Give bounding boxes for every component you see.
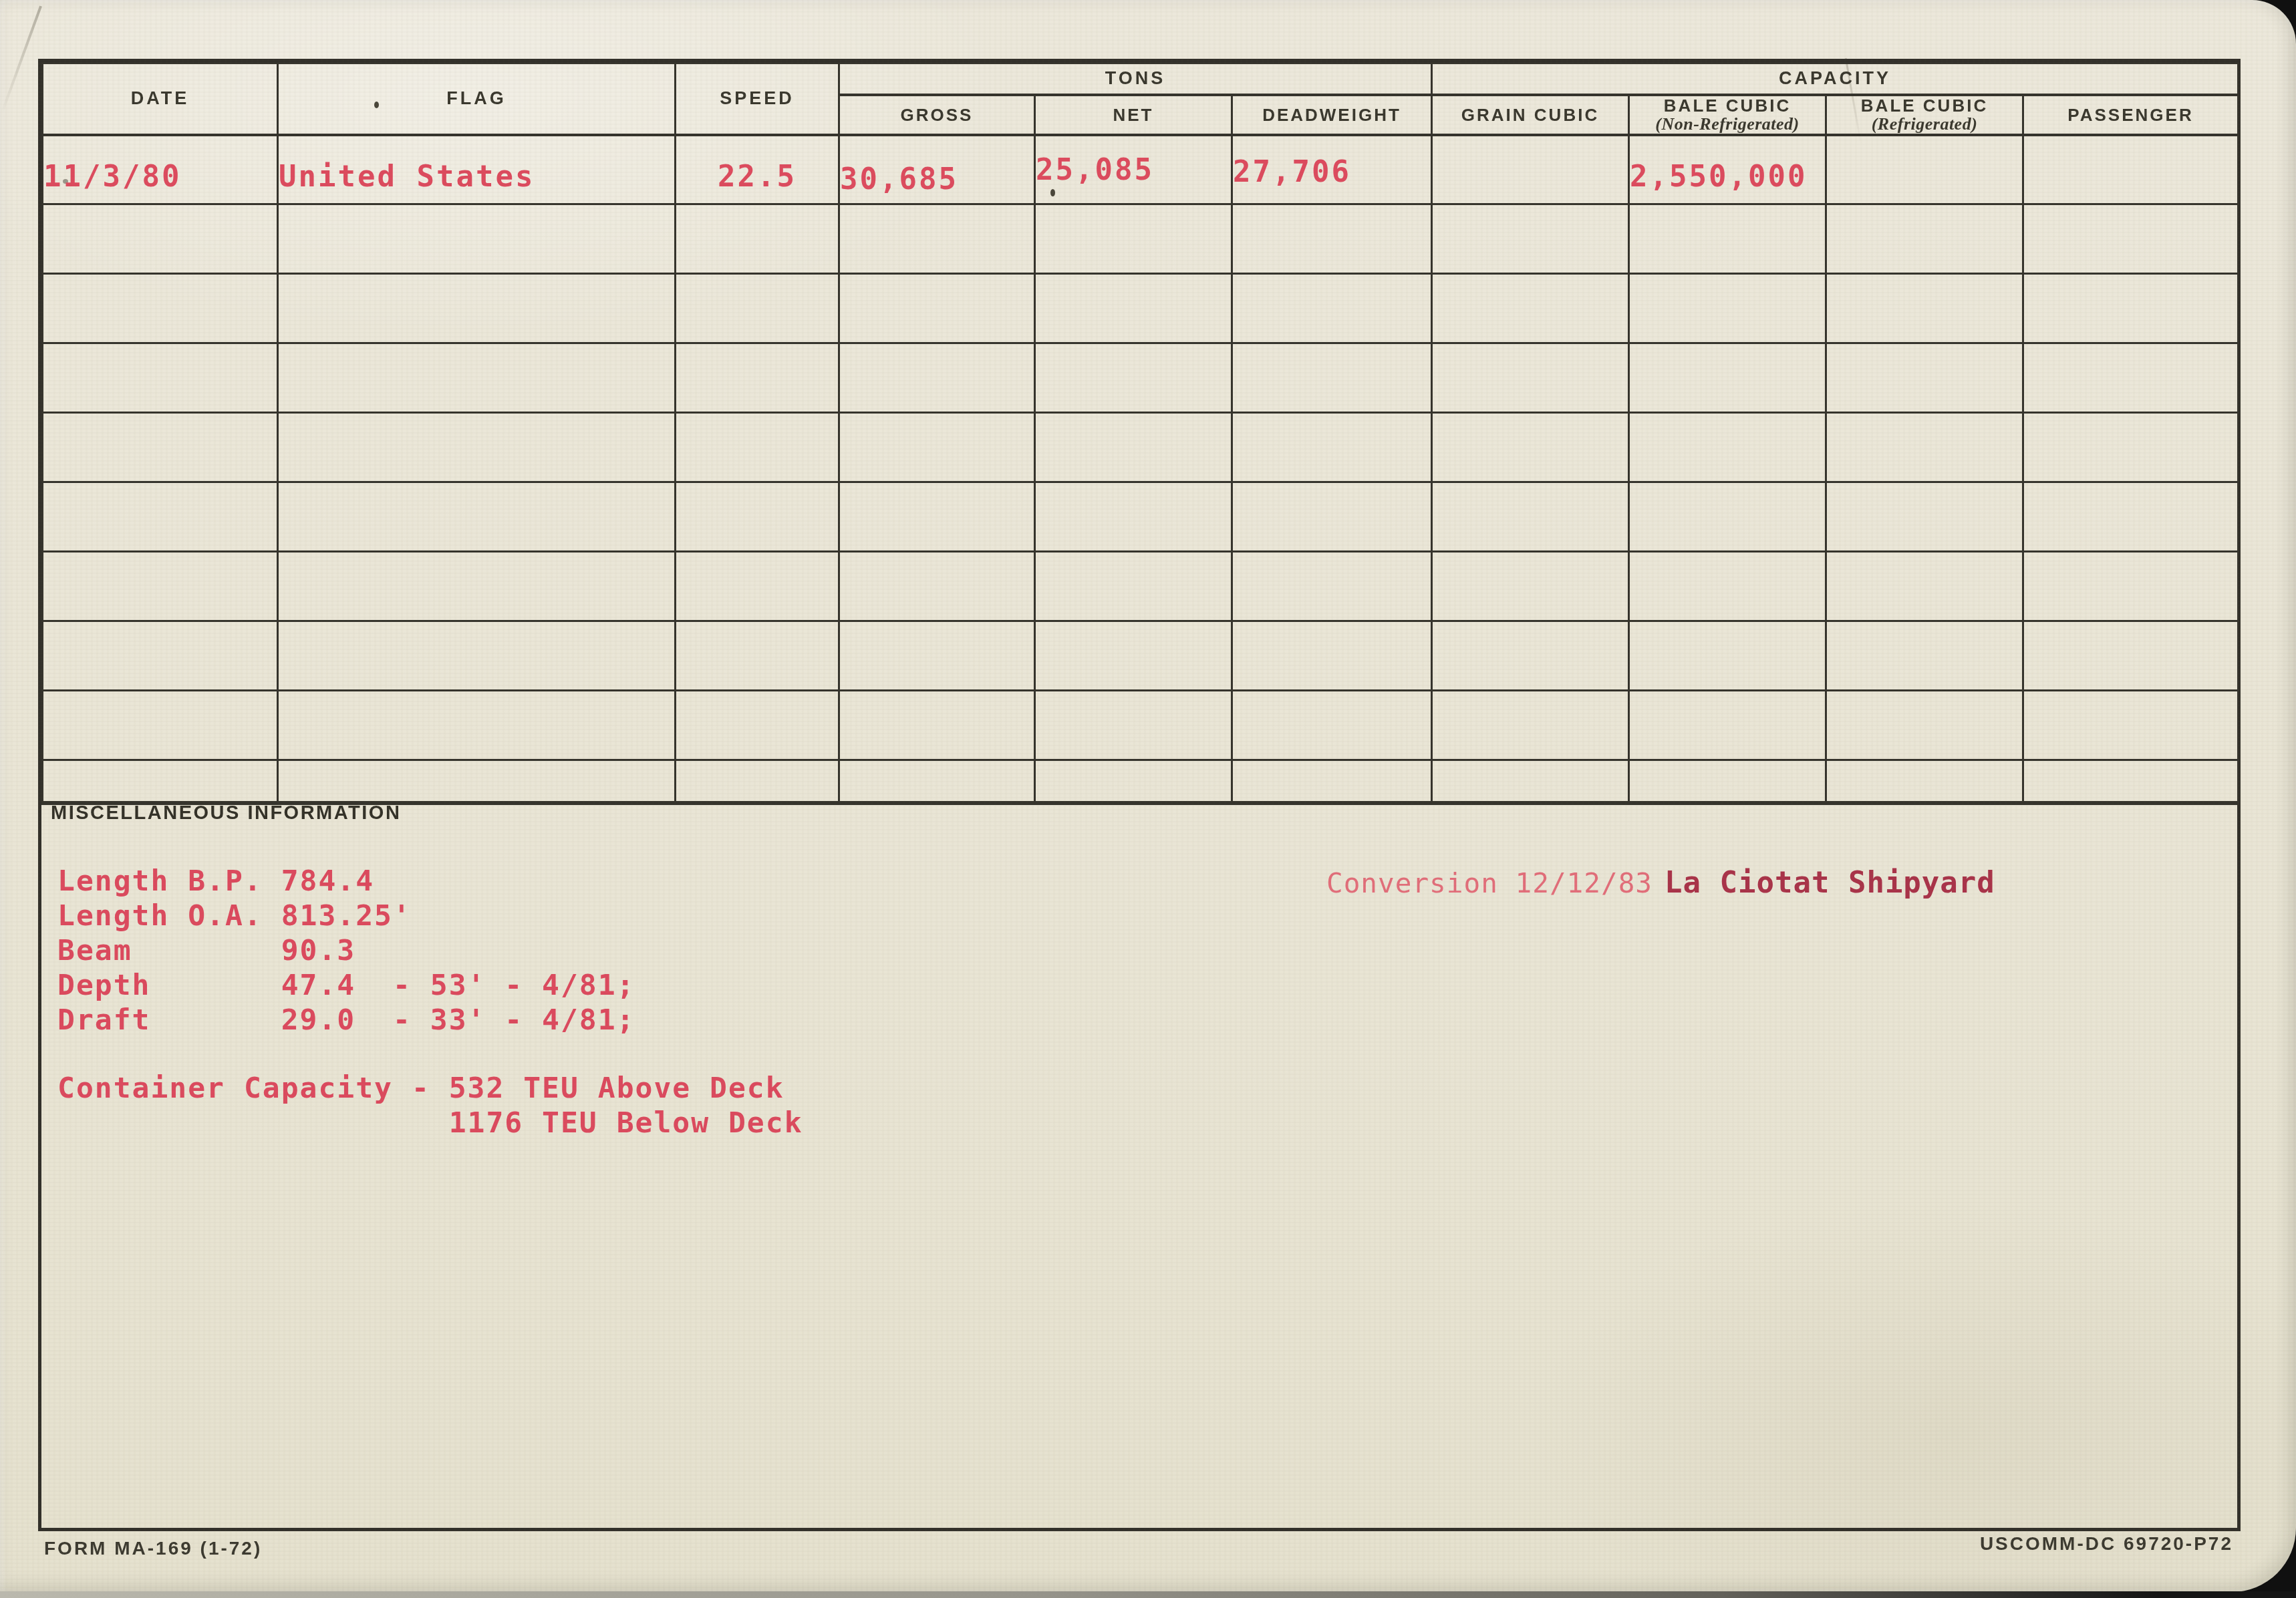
- table-row-empty: [43, 621, 2239, 691]
- column-header-flag: FLAG: [278, 63, 676, 135]
- form-frame: DATE FLAG SPEED TONS CAPACITY GROSS NET …: [38, 59, 2241, 1531]
- table-header: DATE FLAG SPEED TONS CAPACITY GROSS NET …: [43, 63, 2239, 135]
- cell-bale-cubic-non-refrigerated: 2,550,000: [1629, 135, 1826, 204]
- column-header-date: DATE: [43, 63, 278, 135]
- table-row-entry: 11/3/80 United States 22.5 30,685 25,085…: [43, 135, 2239, 204]
- cell-passenger: [2023, 135, 2239, 204]
- misc-line-length-oa: Length O.A. 813.25': [57, 899, 803, 933]
- table-row-empty: [43, 343, 2239, 413]
- cell-deadweight: 27,706: [1232, 135, 1432, 204]
- cell-speed: 22.5: [676, 135, 839, 204]
- table-row-empty: [43, 413, 2239, 482]
- misc-line-draft: Draft 29.0 - 33' - 4/81;: [57, 1003, 803, 1037]
- cell-flag: United States: [278, 135, 676, 204]
- container-capacity-above-deck: Container Capacity - 532 TEU Above Deck: [57, 1071, 803, 1106]
- misc-line-length-bp: Length B.P. 784.4: [57, 864, 803, 899]
- cell-grain-cubic: [1432, 135, 1629, 204]
- cell-net: 25,085: [1035, 135, 1232, 204]
- scan-bottom-edge: [0, 1591, 2296, 1598]
- cell-bale-cubic-refrigerated: [1826, 135, 2023, 204]
- column-header-net: NET: [1035, 95, 1232, 135]
- form-number-label: FORM MA-169 (1-72): [44, 1538, 262, 1559]
- shipyard-stamp: La Ciotat Shipyard: [1665, 866, 1995, 900]
- misc-line-depth: Depth 47.4 - 53' - 4/81;: [57, 968, 803, 1003]
- misc-line-beam: Beam 90.3: [57, 933, 803, 968]
- cell-gross: 30,685: [839, 135, 1035, 204]
- conversion-date-note: Conversion 12/12/83: [1326, 867, 1653, 899]
- table-row-empty: [43, 204, 2239, 274]
- table-row-empty: [43, 552, 2239, 621]
- conversion-annotation: Conversion 12/12/83La Ciotat Shipyard: [1326, 866, 1995, 900]
- ship-particulars-table: DATE FLAG SPEED TONS CAPACITY GROSS NET …: [41, 62, 2239, 805]
- table-row-empty: [43, 482, 2239, 552]
- scanned-form-page: DATE FLAG SPEED TONS CAPACITY GROSS NET …: [0, 0, 2296, 1592]
- group-header-capacity: CAPACITY: [1432, 63, 2239, 95]
- table-row-empty: [43, 691, 2239, 760]
- column-header-passenger: PASSENGER: [2023, 95, 2239, 135]
- column-header-gross: GROSS: [839, 95, 1035, 135]
- paper-crease: [1, 5, 42, 113]
- print-code-label: USCOMM-DC 69720-P72: [1980, 1533, 2233, 1555]
- column-header-speed: SPEED: [676, 63, 839, 135]
- cell-date: 11/3/80: [43, 135, 278, 204]
- column-header-deadweight: DEADWEIGHT: [1232, 95, 1432, 135]
- miscellaneous-information-heading: MISCELLANEOUS INFORMATION: [51, 802, 401, 824]
- column-header-bale-cubic-non-refrigerated: BALE CUBIC(Non-Refrigerated): [1629, 95, 1826, 135]
- container-capacity-block: Container Capacity - 532 TEU Above Deck …: [57, 1071, 803, 1140]
- column-header-bale-cubic-refrigerated: BALE CUBIC(Refrigerated): [1826, 95, 2023, 135]
- table-row-empty: [43, 760, 2239, 803]
- table-row-empty: [43, 274, 2239, 343]
- miscellaneous-information-body: Length B.P. 784.4 Length O.A. 813.25' Be…: [57, 864, 803, 1140]
- container-capacity-below-deck: 1176 TEU Below Deck: [57, 1106, 803, 1140]
- group-header-tons: TONS: [839, 63, 1432, 95]
- table-body: 11/3/80 United States 22.5 30,685 25,085…: [43, 135, 2239, 803]
- column-header-grain-cubic: GRAIN CUBIC: [1432, 95, 1629, 135]
